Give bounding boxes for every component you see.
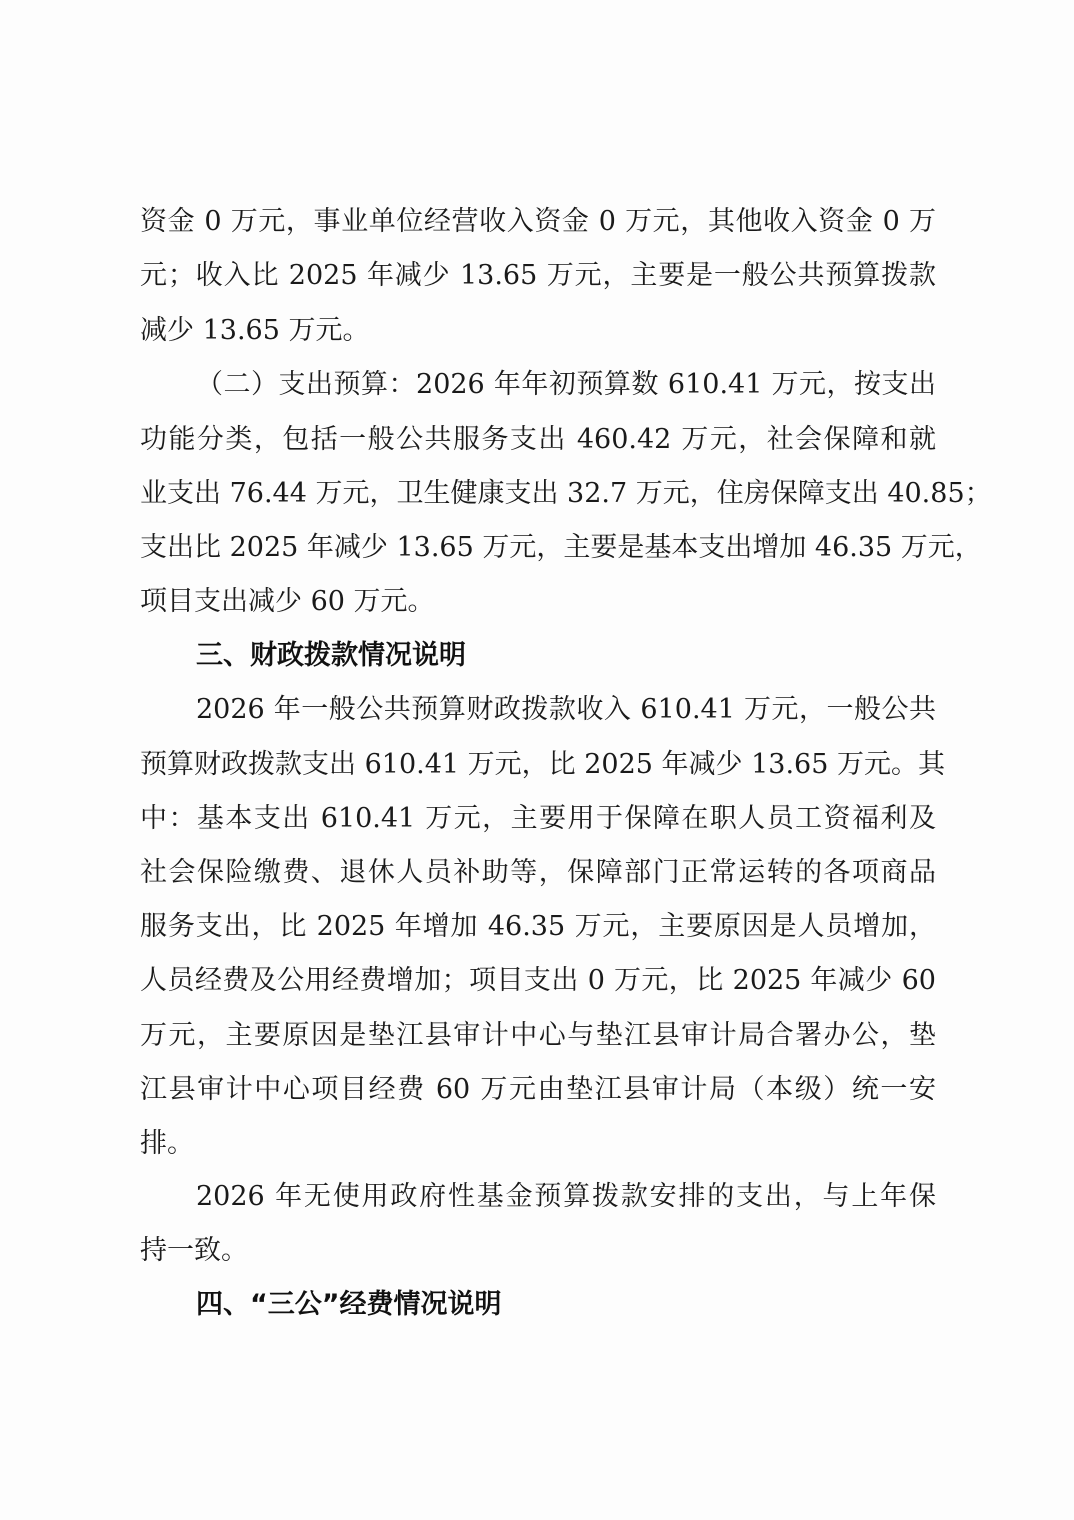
section-heading: 四、“三公”经费情况说明: [196, 1285, 502, 1325]
text-line: 江县审计中心项目经费 60 万元由垫江县审计局（本级）统一安: [140, 1070, 936, 1110]
text-line: 元；收入比 2025 年减少 13.65 万元，主要是一般公共预算拨款: [140, 256, 936, 296]
text-line: 减少 13.65 万元。: [140, 311, 936, 351]
text-line: 服务支出，比 2025 年增加 46.35 万元，主要原因是人员增加，: [140, 907, 936, 947]
text-line: 2026 年无使用政府性基金预算拨款安排的支出，与上年保: [196, 1177, 936, 1217]
text-line: 预算财政拨款支出 610.41 万元，比 2025 年减少 13.65 万元。其: [140, 745, 936, 785]
text-line: 持一致。: [140, 1231, 936, 1271]
section-heading: 三、财政拨款情况说明: [196, 636, 466, 676]
text-line: 2026 年一般公共预算财政拨款收入 610.41 万元，一般公共: [196, 690, 936, 730]
text-line: 功能分类，包括一般公共服务支出 460.42 万元，社会保障和就: [140, 420, 936, 460]
text-line: 排。: [140, 1124, 936, 1164]
text-line: 项目支出减少 60 万元。: [140, 582, 936, 622]
text-line: 资金 0 万元，事业单位经营收入资金 0 万元，其他收入资金 0 万: [140, 202, 936, 242]
text-line: （二）支出预算：2026 年年初预算数 610.41 万元，按支出: [196, 365, 936, 405]
text-line: 人员经费及公用经费增加；项目支出 0 万元，比 2025 年减少 60: [140, 961, 936, 1001]
text-line: 支出比 2025 年减少 13.65 万元，主要是基本支出增加 46.35 万元…: [140, 528, 936, 568]
text-line: 万元，主要原因是垫江县审计中心与垫江县审计局合署办公，垫: [140, 1016, 936, 1056]
text-line: 业支出 76.44 万元，卫生健康支出 32.7 万元，住房保障支出 40.85…: [140, 474, 936, 514]
text-line: 中：基本支出 610.41 万元，主要用于保障在职人员工资福利及: [140, 799, 936, 839]
text-line: 社会保险缴费、退休人员补助等，保障部门正常运转的各项商品: [140, 853, 936, 893]
document-page: 资金 0 万元，事业单位经营收入资金 0 万元，其他收入资金 0 万 元；收入比…: [0, 0, 1074, 1520]
